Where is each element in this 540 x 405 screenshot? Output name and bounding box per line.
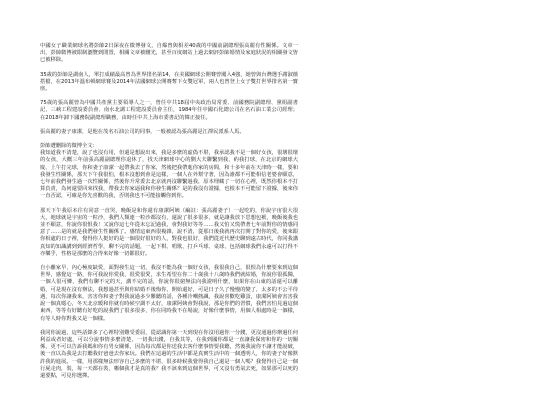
paragraph-wife: 張高麗的妻子康潔，是他在茂名石油公司的同事，一般被認為張高麗是江澤民派系人馬。 bbox=[40, 129, 298, 136]
post-paragraph-1: 我知道我不清楚，說了也沒有用，但還是想說出來，我是多麼的虛偽不堪，我承認我不是一… bbox=[40, 150, 298, 200]
post-paragraph-3: 自小離家早，內心極度缺愛，面對發生這一切，我沒不能為我一個好女孩，我很我自己，很… bbox=[40, 265, 298, 323]
post-paragraph-2: 那天下午我原本往有同意一直哭，晚飯是和你還有康潔阿姨（編註：張高麗妻子）一起吃的… bbox=[40, 208, 298, 258]
post-paragraph-4: 我同你說過，這些話錄多了心裡特別難受委屈，從認識你第一天到現在你沒用過你一分錢，… bbox=[40, 330, 298, 380]
paragraph-peng-bio: 35歲的彭帥是湖南人，單打成績最高曾為世界排名第14，在美國網球公開賽曾闖入4強… bbox=[40, 72, 298, 94]
paragraph-intro: 中國女子職業網球名將彭帥2日深夜在微博發文，自爆曾與相差40歲的中國前副總理張高… bbox=[40, 43, 298, 65]
paragraph-zhang-bio: 75歲的張高麗曾為中國共產黨主要領導人之一，曾任中共18屆中央政治局常委、前國務… bbox=[40, 100, 298, 122]
article-body: 中國女子職業網球名將彭帥2日深夜在微博發文，自爆曾與相差40歲的中國前副總理張高… bbox=[40, 43, 298, 380]
